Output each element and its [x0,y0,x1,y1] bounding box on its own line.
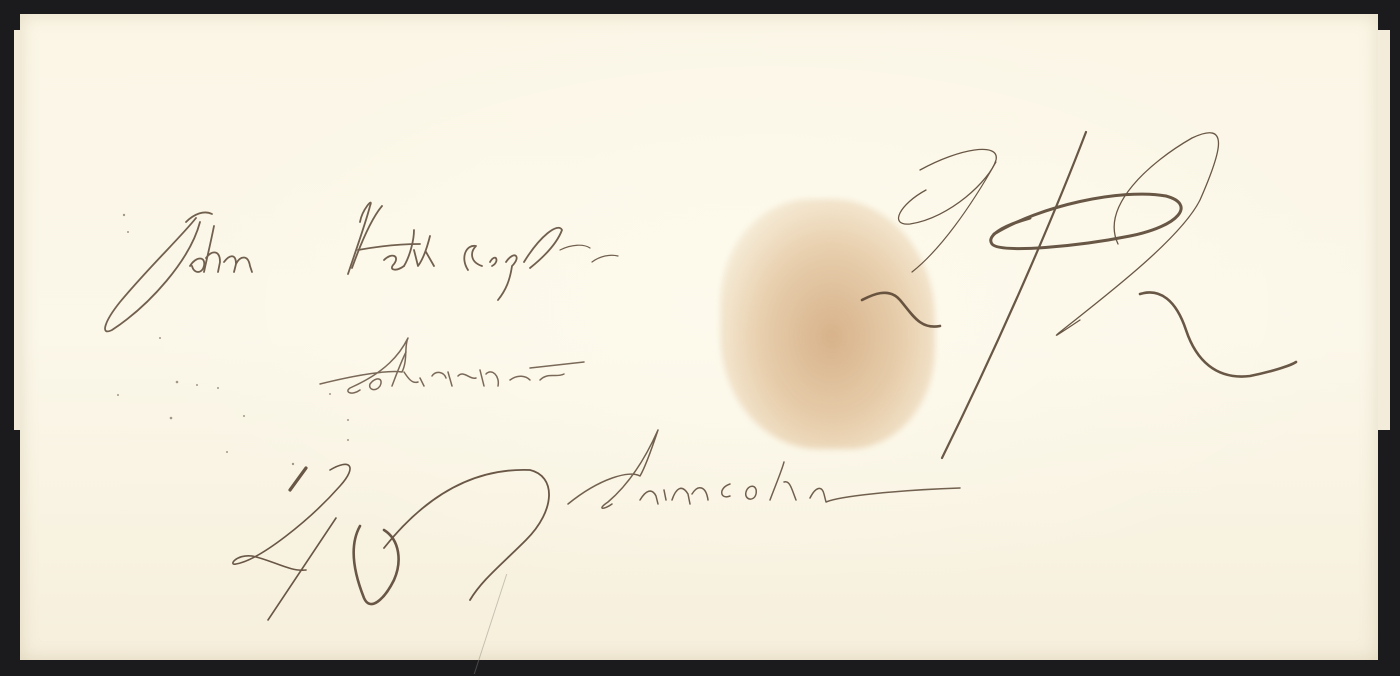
town-script [568,430,960,508]
ink-specks [117,214,349,465]
handwriting-layer [0,0,1400,676]
recipient-name-script [105,203,618,332]
rate-mark-2-6 [233,464,549,620]
rate-mark-2-2 [862,132,1296,458]
occupation-script [320,338,584,393]
